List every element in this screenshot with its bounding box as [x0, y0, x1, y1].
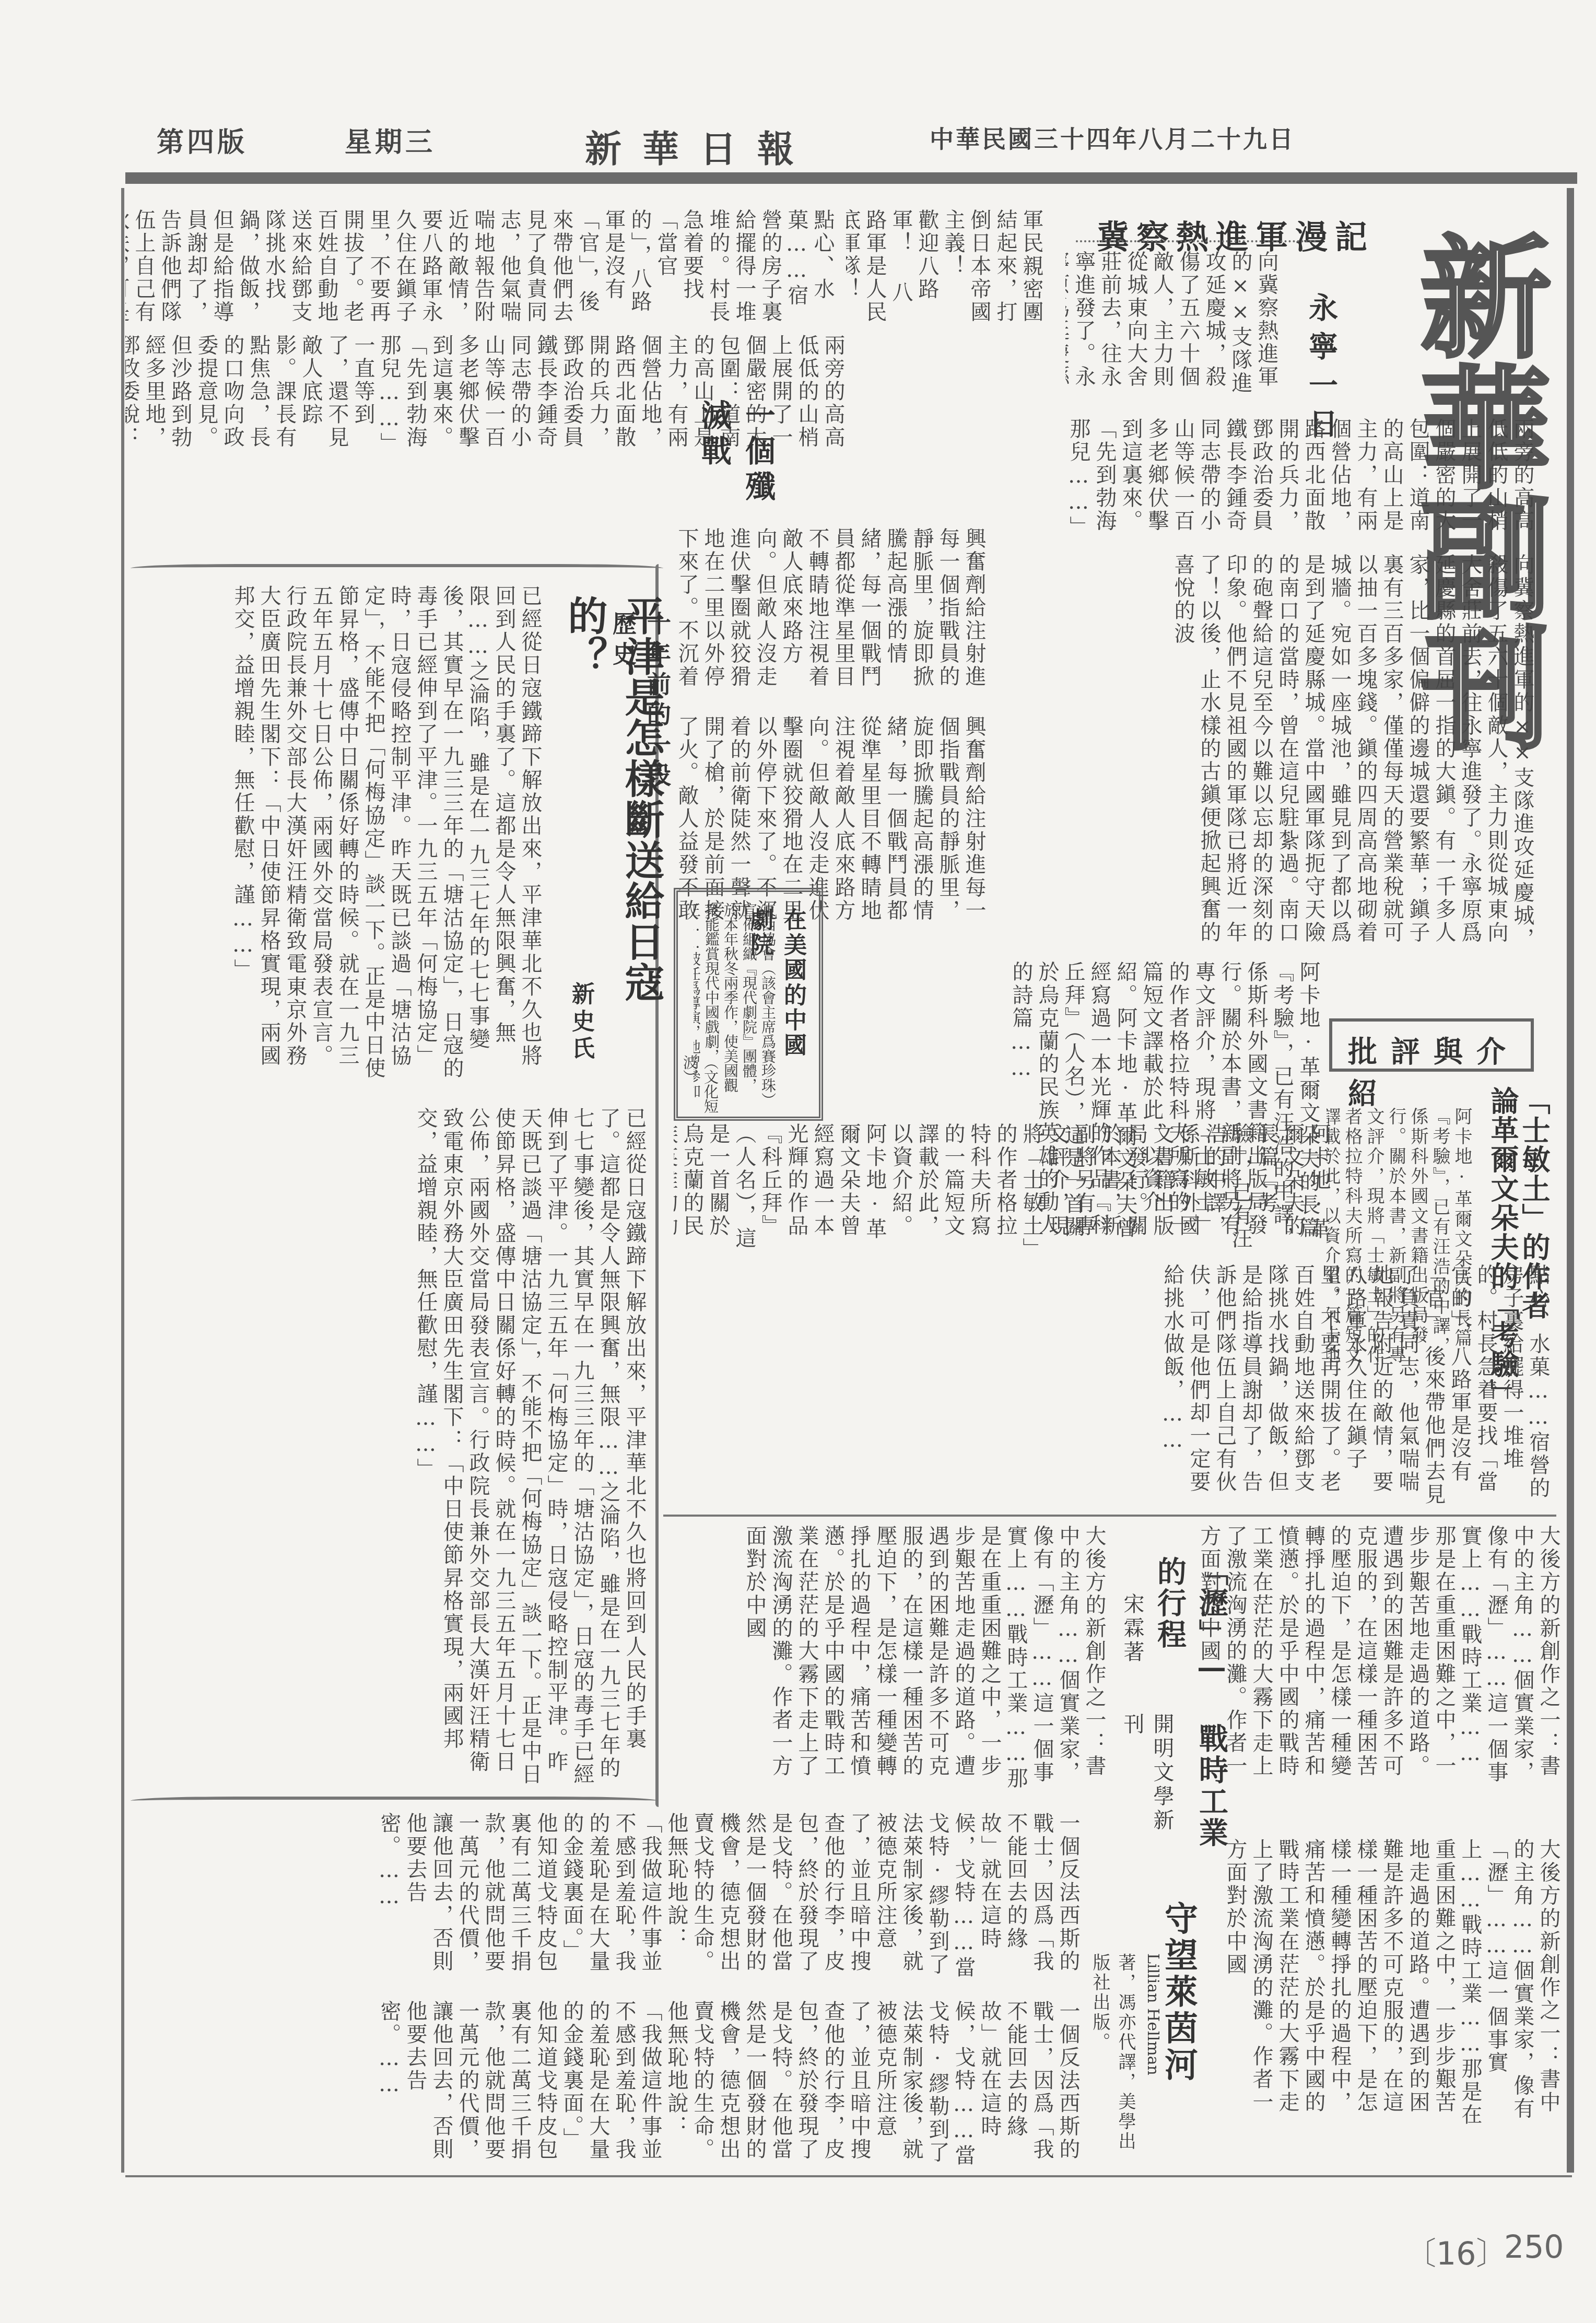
article-body-industry-lower: 大後方的新創作之一：書中的主角……個實業家，像有「瀝」……這一個事實上……戰時工…: [1222, 1838, 1562, 2131]
article-body-industry: 大後方的新創作之一：書中的主角……個實業家，像有「瀝」……這一個事實上……戰時工…: [668, 1525, 1107, 1797]
left-border: [121, 188, 124, 2173]
article-body-rhine-continued: 一個反法西斯的戰士，因爲「我不能回去的緣故」就在這時候，戈特……當戈特·繆勒到了…: [131, 2000, 1081, 2173]
page-number: 250: [1504, 2229, 1564, 2266]
right-border: [1567, 188, 1574, 2173]
article-body-industry-right: 大後方的新創作之一：書中的主角……個實業家，像有「瀝」……這一個事實上……戰時工…: [1196, 1525, 1562, 1786]
article-body-pingjin-continued: 已經從日寇鐵蹄下解放出來，平津華北不久也將回到人民的手裏了。這都是令人無限興奮，…: [131, 1107, 648, 1791]
title-ornament: [1076, 240, 1316, 247]
paper-name: 新華日報: [585, 120, 815, 173]
wavy-divider-top: [131, 564, 663, 572]
article-credit-rhine: 著，馮亦代譯，美學出版社出版。: [1097, 1953, 1139, 2152]
article-slogans: 軍民親密團結起來，打倒日本帝國主義！ 歡迎八路軍！ 八路軍是人民底軍隊！: [846, 209, 1045, 324]
article-body-rhine: 一個反法西斯的戰士，因爲「我不能回去的緣故」就在這時候，戈特……當戈特·繆勒到了…: [131, 1812, 1081, 1985]
article-body-review: 阿卡地·革爾文朵夫的長篇『考驗』，已有汪浩的中譯，係斯科外國文書籍出版局發行。關…: [820, 961, 1321, 1253]
article-body-jicharre-left: 點心、水菓……宿營的房子裏給擺得一堆堆的。村長急着要找「當官的」，八路軍是沒有「…: [125, 209, 836, 324]
bottom-rule: [125, 2175, 1572, 2177]
issue-date: 中華民國三十四年八月二十九日: [930, 120, 1295, 155]
article-author-industry: 宋霖著: [1118, 1593, 1147, 1697]
section-banner-box: 批評與介紹: [1329, 1018, 1534, 1072]
article-body-jicharre-top: 向冀察熱進軍的××支隊進攻延慶城，殺傷了五六十個敵人，主力則從城東向大舍莊前去，…: [1065, 251, 1280, 407]
article-title-pingjin: 平津是怎樣斷送給日寇的？: [556, 595, 670, 1013]
article-body-jicharre-fight: 興奮劑給注射進每一個指戰員的靜脈里，旋即掀騰起高漲的情緒，每一個戰鬥員都從準星里…: [674, 527, 987, 705]
article-body-pingjin: 已經從日寇鐵蹄下解放出來，平津華北不久也將回到人民的手裏了。這都是令人無限興奮，…: [131, 585, 543, 1086]
page-label: 第四版: [157, 120, 248, 159]
section-heading-annihilation: 一個殲滅戰: [692, 400, 780, 520]
page-ref: 〔16〕: [1405, 2229, 1507, 2274]
article-author-rhine: Lillian Hellman: [1144, 1953, 1162, 2120]
article-body-jicharre-continued: 向冀察熱進軍的××支隊進攻延慶城，殺傷了五六十個敵人，主力則從城東向大舍莊前去，…: [992, 554, 1535, 951]
box-source-us-theatre: （文化短波）: [679, 1055, 721, 1118]
weekday: 星期三: [345, 120, 436, 159]
article-body-review-continued: 點心、水菓……宿營的房子裏給擺得一堆堆的。村長急着要找「當官的」，八路軍是沒有「…: [820, 1264, 1551, 1509]
section-divider: [663, 1515, 1556, 1517]
article-author-pingjin: 新史氏: [564, 982, 597, 1086]
wavy-divider-bottom: [131, 1797, 658, 1805]
article-body-jicharre-mid: 兩旁的高高低低的山梢上展開了一個嚴密的大包圍：道南的高山上是主力，有兩個營佔地，…: [1065, 418, 1535, 548]
newspaper-header: 第四版 星期三 新華日報 中華民國三十四年八月二十九日: [157, 120, 1462, 157]
header-rule: [125, 172, 1577, 184]
article-publisher-industry: 開明文學新刊: [1118, 1713, 1177, 1849]
slogan-1: 軍民親密團結起來，打倒日本帝國主義！: [941, 209, 1043, 324]
